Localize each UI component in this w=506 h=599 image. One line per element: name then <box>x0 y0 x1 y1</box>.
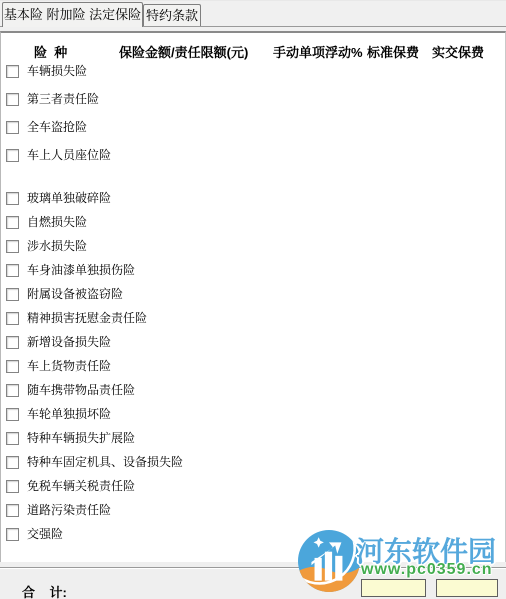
insurance-label: 车轮单独损坏险 <box>27 408 111 421</box>
checkbox[interactable] <box>6 93 19 106</box>
checkbox[interactable] <box>6 240 19 253</box>
insurance-label: 特种车辆损失扩展险 <box>27 432 135 445</box>
list-item[interactable]: 免税车辆关税责任险 <box>6 479 505 493</box>
checkbox[interactable] <box>6 264 19 277</box>
list-item[interactable]: 交强险 <box>6 527 505 541</box>
insurance-label: 新增设备损失险 <box>27 336 111 349</box>
list-item[interactable]: 道路污染责任险 <box>6 503 505 517</box>
insurance-label: 交强险 <box>27 528 63 541</box>
column-header-insured-amount: 保险金额/责任限额(元) <box>119 42 248 61</box>
checkbox[interactable] <box>6 360 19 373</box>
checkbox[interactable] <box>6 288 19 301</box>
insurance-label: 车辆损失险 <box>27 65 87 78</box>
list-item[interactable]: 车辆损失险 <box>6 64 505 78</box>
list-item[interactable]: 涉水损失险 <box>6 239 505 253</box>
standard-premium-total-field[interactable] <box>361 579 426 597</box>
checkbox[interactable] <box>6 408 19 421</box>
actual-premium-total-field[interactable] <box>436 579 498 597</box>
checkbox[interactable] <box>6 432 19 445</box>
tab-special-terms[interactable]: 特约条款 <box>143 4 201 27</box>
insurance-label: 车身油漆单独损伤险 <box>27 264 135 277</box>
footer-bar: 合 计: <box>0 562 506 599</box>
list-item[interactable]: 附属设备被盗窃险 <box>6 287 505 301</box>
list-item[interactable]: 随车携带物品责任险 <box>6 383 505 397</box>
column-header-actual-premium: 实交保费 <box>432 42 484 61</box>
checkbox[interactable] <box>6 456 19 469</box>
insurance-label: 第三者责任险 <box>27 93 99 106</box>
checkbox[interactable] <box>6 216 19 229</box>
insurance-label: 精神损害抚慰金责任险 <box>27 312 147 325</box>
insurance-label: 玻璃单独破碎险 <box>27 192 111 205</box>
checkbox[interactable] <box>6 192 19 205</box>
insurance-label: 免税车辆关税责任险 <box>27 480 135 493</box>
list-item[interactable]: 车身油漆单独损伤险 <box>6 263 505 277</box>
list-item[interactable]: 第三者责任险 <box>6 92 505 106</box>
list-item[interactable]: 车上人员座位险 <box>6 148 505 162</box>
checkbox[interactable] <box>6 528 19 541</box>
total-label: 合 计: <box>22 582 67 599</box>
list-item[interactable]: 精神损害抚慰金责任险 <box>6 311 505 325</box>
list-item[interactable]: 新增设备损失险 <box>6 335 505 349</box>
checkbox[interactable] <box>6 480 19 493</box>
list-item[interactable]: 自燃损失险 <box>6 215 505 229</box>
checkbox[interactable] <box>6 312 19 325</box>
list-item[interactable]: 车上货物责任险 <box>6 359 505 373</box>
insurance-label: 全车盗抢险 <box>27 121 87 134</box>
list-item[interactable]: 全车盗抢险 <box>6 120 505 134</box>
list-item[interactable]: 特种车固定机具、设备损失险 <box>6 455 505 469</box>
checkbox[interactable] <box>6 336 19 349</box>
insurance-label: 特种车固定机具、设备损失险 <box>27 456 183 469</box>
list-item[interactable]: 特种车辆损失扩展险 <box>6 431 505 445</box>
insurance-label: 涉水损失险 <box>27 240 87 253</box>
insurance-label: 道路污染责任险 <box>27 504 111 517</box>
tab-basic-additional-statutory[interactable]: 基本险 附加险 法定保险 <box>2 2 143 27</box>
insurance-label: 车上货物责任险 <box>27 360 111 373</box>
insurance-checkbox-list: 车辆损失险 第三者责任险 全车盗抢险 车上人员座位险 玻璃单独破碎险 自燃损失险… <box>1 64 505 551</box>
insurance-list-panel: 险 种 保险金额/责任限额(元) 手动单项浮动% 标准保费 实交保费 车辆损失险… <box>0 31 506 562</box>
checkbox[interactable] <box>6 121 19 134</box>
insurance-label: 自燃损失险 <box>27 216 87 229</box>
checkbox[interactable] <box>6 149 19 162</box>
insurance-label: 附属设备被盗窃险 <box>27 288 123 301</box>
checkbox[interactable] <box>6 65 19 78</box>
insurance-label: 随车携带物品责任险 <box>27 384 135 397</box>
checkbox[interactable] <box>6 384 19 397</box>
column-header-insurance-type: 险 种 <box>34 42 67 61</box>
checkbox[interactable] <box>6 504 19 517</box>
list-item[interactable]: 玻璃单独破碎险 <box>6 191 505 205</box>
table-header: 险 种 保险金额/责任限额(元) 手动单项浮动% 标准保费 实交保费 <box>1 42 505 58</box>
insurance-label: 车上人员座位险 <box>27 149 111 162</box>
column-header-manual-float: 手动单项浮动% <box>273 42 363 61</box>
column-header-standard-premium: 标准保费 <box>367 42 419 61</box>
list-item[interactable]: 车轮单独损坏险 <box>6 407 505 421</box>
tab-bar: 基本险 附加险 法定保险 特约条款 <box>0 1 506 27</box>
